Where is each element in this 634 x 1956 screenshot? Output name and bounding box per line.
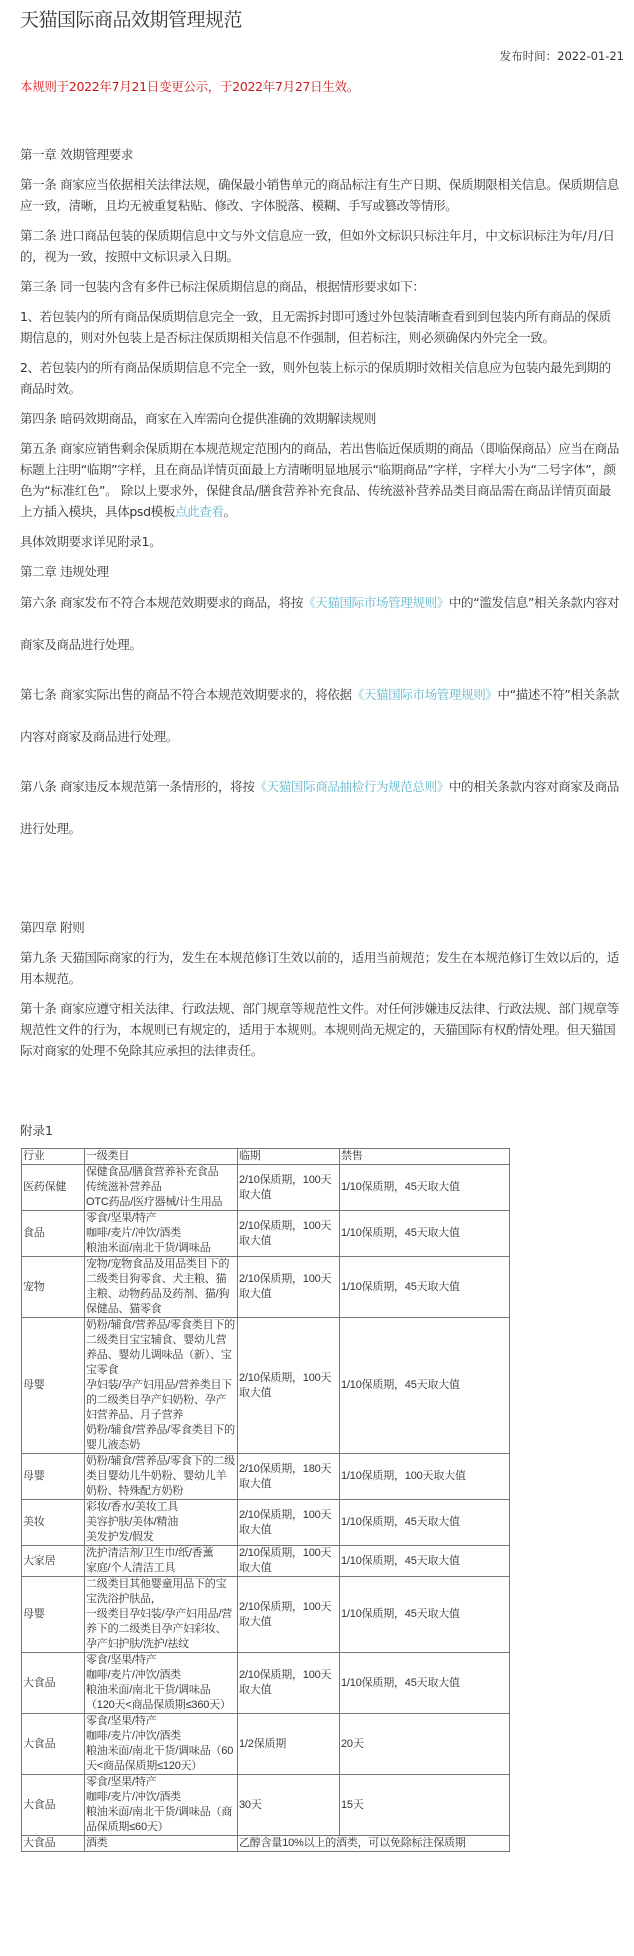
category-line: 家庭/个人清洁工具	[86, 1561, 236, 1576]
publish-date-value: 2022-01-21	[557, 49, 624, 63]
cell-category: 奶粉/辅食/营养品/零食下的二级类目婴幼儿牛奶粉、婴幼儿羊奶粉、特殊配方奶粉	[85, 1454, 238, 1500]
category-line: 咖啡/麦片/冲饮/酒类	[86, 1226, 236, 1241]
cell-industry: 食品	[22, 1211, 85, 1257]
cell-industry: 母婴	[22, 1454, 85, 1500]
cell-category: 奶粉/辅食/营养品/零食类目下的二级类目宝宝辅食、婴幼儿营养品、婴幼儿调味品（新…	[85, 1318, 238, 1454]
category-line: 咖啡/麦片/冲饮/酒类	[86, 1668, 236, 1683]
category-line: 二级类目其他婴童用品下的宝宝洗浴护肤品，	[86, 1577, 236, 1607]
category-line: 零食/坚果/特产	[86, 1775, 236, 1790]
cell-industry: 大食品	[22, 1775, 85, 1836]
article-5-text: 第五条 商家应销售剩余保质期在本规范规定范围内的商品，若出售临近保质期的商品（即…	[20, 441, 619, 519]
article-3: 第三条 同一包装内含有多件已标注保质期信息的商品，根据情形要求如下：	[20, 276, 620, 297]
table-row: 大家居洗护清洁剂/卫生巾/纸/香薰家庭/个人清洁工具2/10保质期，100天取大…	[22, 1546, 510, 1577]
cell-banned: 1/10保质期，45天取大值	[340, 1577, 510, 1653]
category-line: 咖啡/麦片/冲饮/酒类	[86, 1790, 236, 1805]
see-appendix-note: 具体效期要求详见附录1。	[20, 531, 620, 552]
table-row: 母婴奶粉/辅食/营养品/零食类目下的二级类目宝宝辅食、婴幼儿营养品、婴幼儿调味品…	[22, 1318, 510, 1454]
article-5-end: 。	[224, 504, 236, 519]
cell-industry: 宠物	[22, 1257, 85, 1318]
cell-banned: 1/10保质期，45天取大值	[340, 1500, 510, 1546]
article-7: 第七条 商家实际出售的商品不符合本规范效期要求的，将依据《天猫国际市场管理规则》…	[20, 674, 620, 758]
cell-category: 零食/坚果/特产咖啡/麦片/冲饮/酒类粮油米面/南北干货/调味品	[85, 1211, 238, 1257]
category-line: OTC药品/医疗器械/计生用品	[86, 1195, 236, 1210]
category-line: 粮油米面/南北干货/调味品（60天<商品保质期≤120天）	[86, 1744, 236, 1774]
header-category: 一级类目	[85, 1149, 238, 1165]
cell-industry: 大食品	[22, 1653, 85, 1714]
article-6-text: 第六条 商家发布不符合本规范效期要求的商品，将按	[20, 595, 303, 610]
article-7-text: 第七条 商家实际出售的商品不符合本规范效期要求的，将依据	[20, 687, 352, 702]
category-line: 咖啡/麦片/冲饮/酒类	[86, 1729, 236, 1744]
category-line: 保健食品/膳食营养补充食品	[86, 1165, 236, 1180]
article-6: 第六条 商家发布不符合本规范效期要求的商品，将按《天猫国际市场管理规则》中的“滥…	[20, 582, 620, 666]
article-8-text: 第八条 商家违反本规范第一条情形的，将按	[20, 779, 254, 794]
header-industry: 行业	[22, 1149, 85, 1165]
cell-near-expiry: 1/2保质期	[238, 1714, 340, 1775]
article-9: 第九条 天猫国际商家的行为，发生在本规范修订生效以前的，适用当前规范；发生在本规…	[20, 947, 620, 989]
inspection-rules-link[interactable]: 《天猫国际商品抽检行为规范总则》	[254, 779, 448, 794]
cell-industry: 大食品	[22, 1836, 85, 1852]
category-line: 奶粉/辅食/营养品/零食类目下的婴儿液态奶	[86, 1423, 236, 1453]
cell-near-expiry: 2/10保质期，100天取大值	[238, 1546, 340, 1577]
publish-date: 发布时间：2022-01-21	[500, 48, 624, 64]
article-5: 第五条 商家应销售剩余保质期在本规范规定范围内的商品，若出售临近保质期的商品（即…	[20, 438, 620, 522]
article-8: 第八条 商家违反本规范第一条情形的，将按《天猫国际商品抽检行为规范总则》中的相关…	[20, 766, 620, 850]
article-3-item-2: 2、若包装内的所有商品保质期信息不完全一致，则外包装上标示的保质期时效相关信息应…	[20, 357, 620, 399]
cell-industry: 医药保健	[22, 1165, 85, 1211]
cell-near-expiry: 2/10保质期，100天取大值	[238, 1500, 340, 1546]
cell-banned: 1/10保质期，45天取大值	[340, 1211, 510, 1257]
table-row: 母婴二级类目其他婴童用品下的宝宝洗浴护肤品，一级类目孕妇装/孕产妇用品/营养下的…	[22, 1577, 510, 1653]
category-line: 零食/坚果/特产	[86, 1714, 236, 1729]
publish-label: 发布时间：	[500, 49, 558, 63]
header-near-expiry: 临期	[238, 1149, 340, 1165]
category-line: 美发护发/假发	[86, 1530, 236, 1545]
table-row: 大食品零食/坚果/特产咖啡/麦片/冲饮/酒类粮油米面/南北干货/调味品（120天…	[22, 1653, 510, 1714]
cell-category: 洗护清洁剂/卫生巾/纸/香薰家庭/个人清洁工具	[85, 1546, 238, 1577]
chapter-4-title: 第四章 附则	[20, 917, 620, 938]
effective-notice: 本规则于2022年7月21日变更公示，于2022年7月27日生效。	[20, 78, 359, 96]
cell-industry: 大家居	[22, 1546, 85, 1577]
category-line: 孕妇装/孕产妇用品/营养类目下的二级类目孕产妇奶粉、孕产妇营养品、月子营养	[86, 1378, 236, 1423]
category-line: 粮油米面/南北干货/调味品	[86, 1241, 236, 1256]
article-10: 第十条 商家应遵守相关法律、行政法规、部门规章等规范性文件。对任何涉嫌违反法律、…	[20, 998, 620, 1061]
category-line: 宠物/宠物食品及用品类目下的二级类目狗零食、犬主粮、猫主粮、动物药品及药剂、猫/…	[86, 1257, 236, 1317]
cell-category: 二级类目其他婴童用品下的宝宝洗浴护肤品，一级类目孕妇装/孕产妇用品/营养下的二级…	[85, 1577, 238, 1653]
cell-near-expiry: 2/10保质期，100天取大值	[238, 1165, 340, 1211]
cell-industry: 母婴	[22, 1318, 85, 1454]
article-3-item-1: 1、若包装内的所有商品保质期信息完全一致，且无需拆封即可透过外包装清晰查看到到包…	[20, 306, 620, 348]
cell-near-expiry: 2/10保质期，100天取大值	[238, 1577, 340, 1653]
cell-banned: 1/10保质期，45天取大值	[340, 1653, 510, 1714]
table-row: 食品零食/坚果/特产咖啡/麦片/冲饮/酒类粮油米面/南北干货/调味品2/10保质…	[22, 1211, 510, 1257]
cell-category: 彩妆/香水/美妆工具美容护肤/美体/精油美发护发/假发	[85, 1500, 238, 1546]
article-1: 第一条 商家应当依据相关法律法规，确保最小销售单元的商品标注有生产日期、保质期限…	[20, 174, 620, 216]
page-title: 天猫国际商品效期管理规范	[20, 8, 242, 32]
cell-industry: 母婴	[22, 1577, 85, 1653]
table-row: 医药保健保健食品/膳食营养补充食品传统滋补营养品OTC药品/医疗器械/计生用品2…	[22, 1165, 510, 1211]
cell-banned: 1/10保质期，45天取大值	[340, 1257, 510, 1318]
cell-near-expiry: 30天	[238, 1775, 340, 1836]
category-line: 奶粉/辅食/营养品/零食类目下的二级类目宝宝辅食、婴幼儿营养品、婴幼儿调味品（新…	[86, 1318, 236, 1378]
category-line: 粮油米面/南北干货/调味品（120天<商品保质期≤360天）	[86, 1683, 236, 1713]
cell-category: 保健食品/膳食营养补充食品传统滋补营养品OTC药品/医疗器械/计生用品	[85, 1165, 238, 1211]
cell-near-expiry: 2/10保质期，100天取大值	[238, 1257, 340, 1318]
table-row: 美妆彩妆/香水/美妆工具美容护肤/美体/精油美发护发/假发2/10保质期，100…	[22, 1500, 510, 1546]
article-2: 第二条 进口商品包装的保质期信息中文与外文信息应一致，但如外文标识只标注年月，中…	[20, 225, 620, 267]
cell-merged-note: 乙醇含量10%以上的酒类，可以免除标注保质期	[238, 1836, 510, 1852]
psd-template-link[interactable]: 点此查看	[175, 504, 224, 519]
market-rules-link[interactable]: 《天猫国际市场管理规则》	[303, 595, 449, 610]
spacer	[20, 851, 620, 917]
category-line: 零食/坚果/特产	[86, 1653, 236, 1668]
cell-category: 宠物/宠物食品及用品类目下的二级类目狗零食、犬主粮、猫主粮、动物药品及药剂、猫/…	[85, 1257, 238, 1318]
appendix-title: 附录1	[20, 1122, 53, 1140]
cell-industry: 大食品	[22, 1714, 85, 1775]
cell-banned: 1/10保质期，100天取大值	[340, 1454, 510, 1500]
header-banned: 禁售	[340, 1149, 510, 1165]
rule-content: 第一章 效期管理要求 第一条 商家应当依据相关法律法规，确保最小销售单元的商品标…	[20, 144, 620, 1070]
cell-category: 零食/坚果/特产咖啡/麦片/冲饮/酒类粮油米面/南北干货/调味品（商品保质期≤6…	[85, 1775, 238, 1836]
cell-banned: 1/10保质期，45天取大值	[340, 1165, 510, 1211]
cell-near-expiry: 2/10保质期，100天取大值	[238, 1318, 340, 1454]
category-line: 零食/坚果/特产	[86, 1211, 236, 1226]
cell-category: 酒类	[85, 1836, 238, 1852]
category-line: 传统滋补营养品	[86, 1180, 236, 1195]
cell-banned: 20天	[340, 1714, 510, 1775]
market-rules-link-2[interactable]: 《天猫国际市场管理规则》	[352, 687, 498, 702]
cell-banned: 15天	[340, 1775, 510, 1836]
category-line: 美容护肤/美体/精油	[86, 1515, 236, 1530]
table-row: 宠物宠物/宠物食品及用品类目下的二级类目狗零食、犬主粮、猫主粮、动物药品及药剂、…	[22, 1257, 510, 1318]
cell-near-expiry: 2/10保质期，180天取大值	[238, 1454, 340, 1500]
table-row: 大食品零食/坚果/特产咖啡/麦片/冲饮/酒类粮油米面/南北干货/调味品（商品保质…	[22, 1775, 510, 1836]
table-row: 母婴奶粉/辅食/营养品/零食下的二级类目婴幼儿牛奶粉、婴幼儿羊奶粉、特殊配方奶粉…	[22, 1454, 510, 1500]
category-line: 酒类	[86, 1836, 236, 1851]
cell-near-expiry: 2/10保质期，100天取大值	[238, 1653, 340, 1714]
cell-category: 零食/坚果/特产咖啡/麦片/冲饮/酒类粮油米面/南北干货/调味品（60天<商品保…	[85, 1714, 238, 1775]
chapter-1-title: 第一章 效期管理要求	[20, 144, 620, 165]
cell-industry: 美妆	[22, 1500, 85, 1546]
category-line: 洗护清洁剂/卫生巾/纸/香薰	[86, 1546, 236, 1561]
cell-near-expiry: 2/10保质期，100天取大值	[238, 1211, 340, 1257]
chapter-2-title: 第二章 违规处理	[20, 561, 620, 582]
appendix-table: 行业 一级类目 临期 禁售 医药保健保健食品/膳食营养补充食品传统滋补营养品OT…	[21, 1148, 510, 1852]
cell-banned: 1/10保质期，45天取大值	[340, 1318, 510, 1454]
cell-banned: 1/10保质期，45天取大值	[340, 1546, 510, 1577]
table-row: 大食品零食/坚果/特产咖啡/麦片/冲饮/酒类粮油米面/南北干货/调味品（60天<…	[22, 1714, 510, 1775]
table-row: 大食品酒类乙醇含量10%以上的酒类，可以免除标注保质期	[22, 1836, 510, 1852]
cell-category: 零食/坚果/特产咖啡/麦片/冲饮/酒类粮油米面/南北干货/调味品（120天<商品…	[85, 1653, 238, 1714]
category-line: 一级类目孕妇装/孕产妇用品/营养下的二级类目孕产妇彩妆、孕产妇护肤/洗护/祛纹	[86, 1607, 236, 1652]
category-line: 奶粉/辅食/营养品/零食下的二级类目婴幼儿牛奶粉、婴幼儿羊奶粉、特殊配方奶粉	[86, 1454, 236, 1499]
category-line: 彩妆/香水/美妆工具	[86, 1500, 236, 1515]
category-line: 粮油米面/南北干货/调味品（商品保质期≤60天）	[86, 1805, 236, 1835]
article-4: 第四条 暗码效期商品，商家在入库需向仓提供准确的效期解读规则	[20, 408, 620, 429]
table-header-row: 行业 一级类目 临期 禁售	[22, 1149, 510, 1165]
